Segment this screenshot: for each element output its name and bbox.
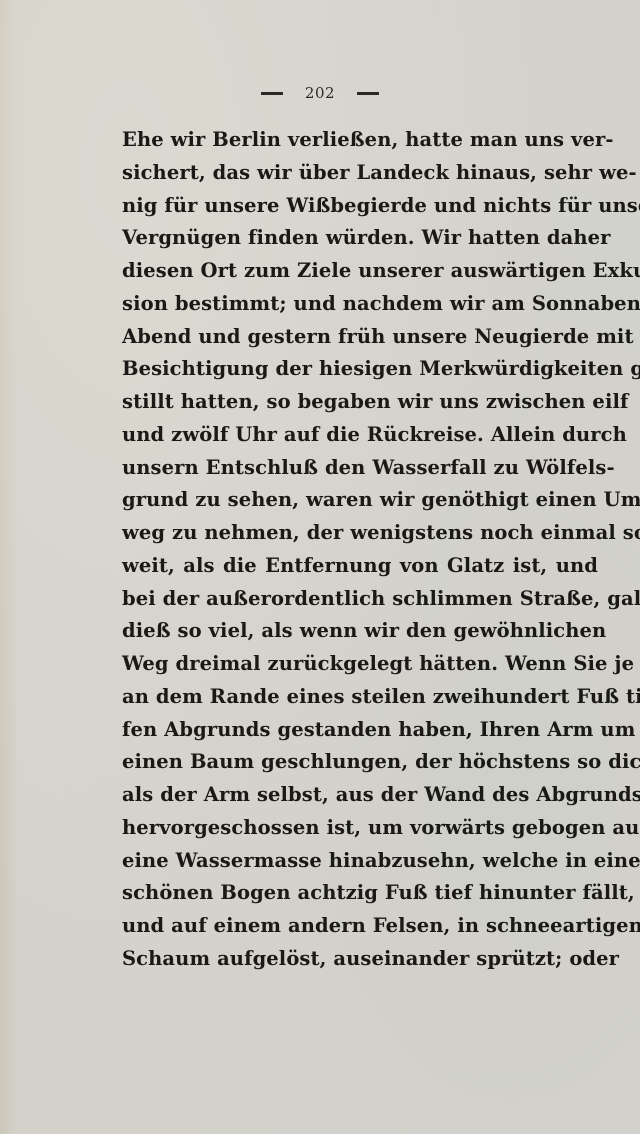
- text-line: diesen Ort zum Ziele unserer auswärtigen…: [122, 255, 598, 288]
- page-header: 202: [0, 84, 640, 102]
- header-dash-left: [261, 92, 283, 95]
- text-line: hervorgeschossen ist, um vorwärts geboge…: [122, 812, 598, 845]
- text-line: Besichtigung der hiesigen Merkwürdigkeit…: [122, 353, 598, 386]
- page-number: 202: [305, 84, 335, 102]
- body-text: Ehe wir Berlin verließen, hatte man uns …: [122, 124, 598, 976]
- text-line: und auf einem andern Felsen, in schneear…: [122, 910, 598, 943]
- text-line: sichert, das wir über Landeck hinaus, se…: [122, 157, 598, 190]
- text-line: weit, als die Entfernung von Glatz ist, …: [122, 550, 598, 583]
- text-line: Abend und gestern früh unsere Neugierde …: [122, 321, 598, 354]
- text-line: Vergnügen finden würden. Wir hatten dahe…: [122, 222, 598, 255]
- text-line: Ehe wir Berlin verließen, hatte man uns …: [122, 124, 598, 157]
- text-line: unsern Entschluß den Wasserfall zu Wölfe…: [122, 452, 598, 485]
- text-line: als der Arm selbst, aus der Wand des Abg…: [122, 779, 598, 812]
- text-line: weg zu nehmen, der wenigstens noch einma…: [122, 517, 598, 550]
- text-line: nig für unsere Wißbegierde und nichts fü…: [122, 190, 598, 223]
- text-line: dieß so viel, als wenn wir den gewöhnlic…: [122, 615, 598, 648]
- text-line: einen Baum geschlungen, der höchstens so…: [122, 746, 598, 779]
- text-line: fen Abgrunds gestanden haben, Ihren Arm …: [122, 714, 598, 747]
- book-page: 202 Ehe wir Berlin verließen, hatte man …: [0, 0, 640, 1134]
- text-line: und zwölf Uhr auf die Rückreise. Allein …: [122, 419, 598, 452]
- text-line: stillt hatten, so begaben wir uns zwisch…: [122, 386, 598, 419]
- text-line: eine Wassermasse hinabzusehn, welche in …: [122, 845, 598, 878]
- text-line: schönen Bogen achtzig Fuß tief hinunter …: [122, 877, 598, 910]
- text-line: bei der außerordentlich schlimmen Straße…: [122, 583, 598, 616]
- header-dash-right: [357, 92, 379, 95]
- text-line: Schaum aufgelöst, auseinander sprützt; o…: [122, 943, 598, 976]
- text-line: Weg dreimal zurückgelegt hätten. Wenn Si…: [122, 648, 598, 681]
- text-line: sion bestimmt; und nachdem wir am Sonnab…: [122, 288, 598, 321]
- text-line: an dem Rande eines steilen zweihundert F…: [122, 681, 598, 714]
- text-line: grund zu sehen, waren wir genöthigt eine…: [122, 484, 598, 517]
